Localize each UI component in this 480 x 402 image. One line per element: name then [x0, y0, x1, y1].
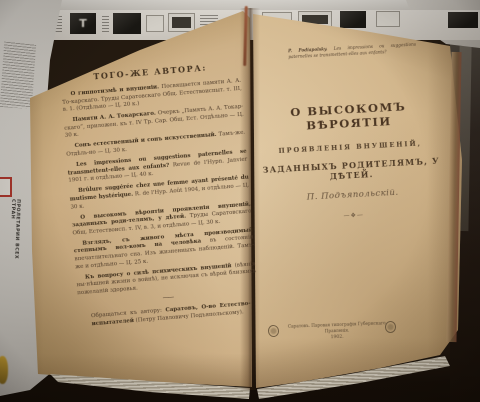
stain-spot [0, 356, 8, 384]
left-page-text-block: ТОГО-ЖЕ АВТОРА: О гипнотизмѣ и внушеніи.… [60, 60, 260, 330]
newspaper-ad-box [168, 13, 195, 32]
newspaper-vertical-masthead: ПРОЛЕТАРИИ ВСЕХ СТРАН [5, 199, 21, 273]
newspaper-photo [113, 13, 141, 34]
author-name: П. Подъяпольскій. [264, 185, 442, 204]
newspaper-photo [448, 12, 478, 28]
newspaper-ad-box [146, 15, 164, 32]
red-frame-mark [0, 177, 12, 197]
newspaper-ad-box [376, 11, 400, 27]
book-subtitle-1: ПРОЯВЛЕНІЯ ВНУШЕНІЙ, [261, 138, 439, 155]
book-subtitle-2: ЗАДАННЫХЪ РОДИТЕЛЯМЪ, У ДѢТЕЙ. [262, 155, 441, 184]
newsprint-text-block [102, 15, 109, 32]
title-page-text-block: P. Podiapolsky. Les impressions ou sugge… [256, 41, 443, 224]
newspaper-photo [340, 11, 366, 28]
book-photo: Т ПРОЛЕТАРИИ ВСЕХ СТРАН ТОГО-ЖЕ АВТОРА: … [0, 0, 480, 402]
newspaper-photo: Т [70, 13, 96, 34]
newspaper-headline-letter: Т [79, 17, 87, 30]
book-title: О ВЫСОКОМЪ ВѢРОЯТІИ [259, 97, 438, 134]
round-stamp-right [385, 321, 396, 333]
